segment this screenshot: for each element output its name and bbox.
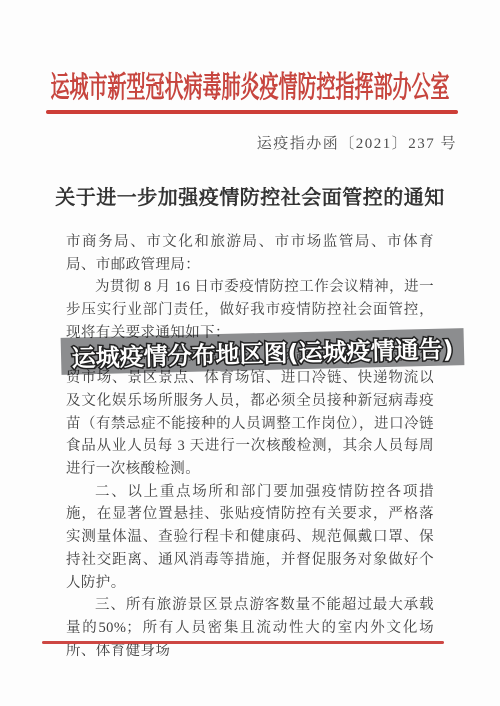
issuer-letterhead: 运城市新型冠状病毒肺炎疫情防控指挥部办公室	[0, 65, 500, 107]
letterhead-red-rule	[46, 110, 458, 114]
notice-title: 关于进一步加强疫情防控社会面管控的通知	[40, 181, 460, 210]
addressee-line: 市商务局、市文化和旅游局、市市场监管局、市体育局、市邮政管理局：	[66, 231, 434, 276]
paragraph-item-2: 二、以上重点场所和部门要加强疫情防控各项措施，在显著位置悬挂、张贴疫情防控有关要…	[66, 481, 434, 595]
document-number: 运疫指办函〔2021〕237 号	[257, 132, 457, 153]
footer-red-rule	[42, 641, 444, 644]
document-body: 市商务局、市文化和旅游局、市市场监管局、市体育局、市邮政管理局： 为贯彻 8 月…	[66, 231, 434, 662]
scanned-notice-document: 运城市新型冠状病毒肺炎疫情防控指挥部办公室 运疫指办函〔2021〕237 号 关…	[0, 0, 500, 706]
paragraph-item-3: 三、所有旅游景区景点游客数量不能超过最大承载量的50%；所有人员密集且流动性大的…	[66, 594, 434, 662]
